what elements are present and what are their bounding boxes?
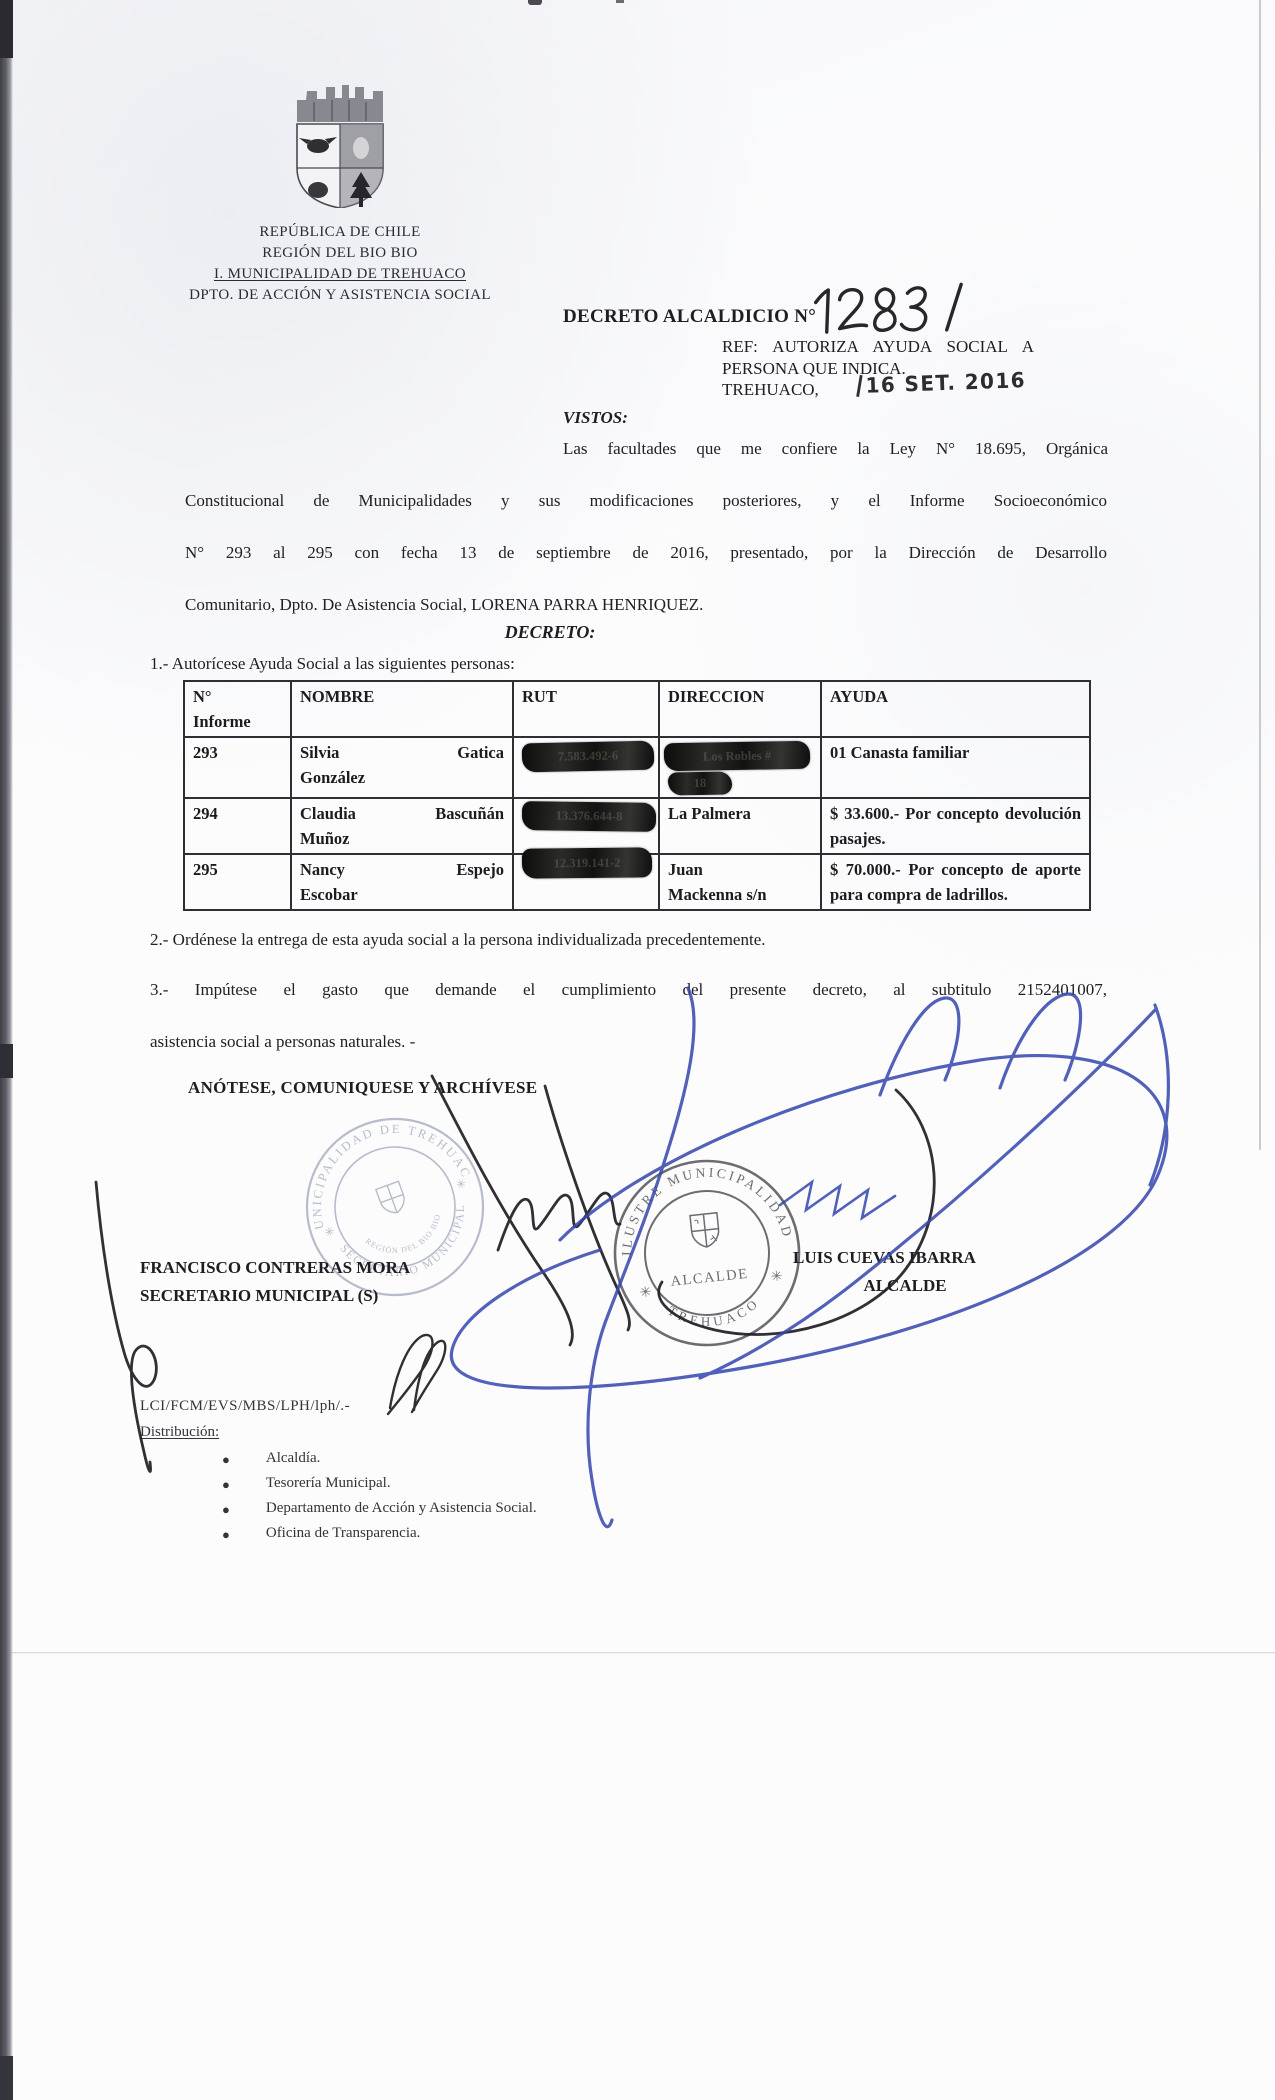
letterhead-region: REGIÓN DEL BIO BIO [160,243,520,264]
cell-ayuda: 01 Canasta familiar [821,737,1090,798]
place-label: TREHUACO, [722,380,819,400]
cell-informe: 293 [184,737,291,798]
rut-redaction-bar: 13.376.644-8 [522,801,656,832]
col-header-ayuda: AYUDA [821,681,1090,737]
distribution-item: ●Alcaldía. [222,1450,320,1470]
decreto-label: DECRETO: [420,622,680,643]
nombre-line1: Claudia Bascuñán [300,801,504,826]
cell-nombre: Claudia Bascuñán Muñoz [291,798,513,854]
vistos-line1: Las facultades que me confiere la Ley N°… [563,437,1108,461]
vistos-line2: Constitucional de Municipalidades y sus … [185,489,1107,513]
scan-edge-dark-bottom [0,2056,13,2100]
distribution-item-label: Oficina de Transparencia. [266,1525,421,1545]
mayor-signature-block: LUIS CUEVAS IBARRA ALCALDE [793,1244,1017,1300]
distribution-item: ●Departamento de Acción y Asistencia Soc… [222,1500,537,1520]
ayuda-text: 01 Canasta familiar [830,740,1081,765]
distribution-item-label: Departamento de Acción y Asistencia Soci… [266,1500,537,1520]
table-header-row: N° Informe NOMBRE RUT DIRECCION AYUDA [184,681,1090,737]
closing-line: ANÓTESE, COMUNIQUESE Y ARCHÍVESE [188,1078,537,1098]
coat-of-arms [292,84,388,208]
nombre-line2: Escobar [300,882,504,907]
cell-informe: 295 [184,854,291,910]
svg-text:ILUSTRE MUNICIPALIDAD: ILUSTRE MUNICIPALIDAD [610,1156,795,1258]
bullet-icon: ● [222,1450,230,1470]
vistos-label: VISTOS: [563,408,628,428]
direccion-line1: Juan [668,857,812,882]
decree-title: DECRETO ALCALDICIO N° [563,306,816,328]
cell-rut: 13.376.644-8 [513,798,659,854]
decreto-item1: 1.- Autorícese Ayuda Social a las siguie… [150,652,515,676]
scan-edge-dark-top [0,0,13,58]
cell-nombre: Silvia Gatica González [291,737,513,798]
mayor-title: ALCALDE [793,1272,1017,1300]
secretary-name: FRANCISCO CONTRERAS MORA [140,1254,410,1282]
cell-rut: 12.319.141-2 [513,854,659,910]
fold-line [0,1652,1275,1654]
direccion-redaction-bar1: Los Robles # [664,741,810,772]
secretary-stamp-star-right: ✳ [454,1176,468,1193]
table-row: 293 Silvia Gatica González 7.583.492-6 L… [184,737,1090,798]
distribution-item: ●Tesorería Municipal. [222,1475,391,1495]
scan-edge-right [1259,0,1261,1150]
ayuda-text: $ 70.000.- Por concepto de aporte para c… [830,857,1081,907]
cell-rut: 7.583.492-6 [513,737,659,798]
cell-ayuda: $ 70.000.- Por concepto de aporte para c… [821,854,1090,910]
nombre-line1: Silvia Gatica [300,740,504,765]
col-header-direccion: DIRECCION [659,681,821,737]
secretary-title: SECRETARIO MUNICIPAL (S) [140,1282,410,1310]
svg-text:MUNICIPALIDAD DE TREHUACO: MUNICIPALIDAD DE TREHUACO [300,1112,474,1240]
shield [297,124,383,208]
ayuda-social-table: N° Informe NOMBRE RUT DIRECCION AYUDA 29… [183,680,1091,911]
direccion-line2: Mackenna s/n [668,882,812,907]
mayor-stamp: ILUSTRE MUNICIPALIDAD TREHUACO ✳ ✳ ALCAL… [610,1156,805,1351]
decreto-item3-line2: asistencia social a personas naturales. … [150,1030,415,1054]
direccion-redacted-text2: 18 [694,771,707,795]
decreto-item2: 2.- Ordénese la entrega de esta ayuda so… [150,928,766,952]
cell-direccion: Juan Mackenna s/n [659,854,821,910]
vistos-line4: Comunitario, Dpto. De Asistencia Social,… [185,593,1107,617]
cell-direccion: La Palmera [659,798,821,854]
letterhead-municipality: I. MUNICIPALIDAD DE TREHUACO [160,264,520,285]
responsibility-initials: LCI/FCM/EVS/MBS/LPH/lph/.- [140,1398,350,1415]
direccion-redacted-text1: Los Robles # [703,743,772,769]
ayuda-text: $ 33.600.- Por concepto devolución pasaj… [830,801,1081,851]
scan-speck [616,0,624,3]
decreto-item3-line1: 3.- Impútese el gasto que demande el cum… [150,978,1107,1002]
bullet-icon: ● [222,1475,230,1495]
ref-line1: REF: AUTORIZA AYUDA SOCIAL A [722,336,1034,358]
stamp-tick [856,375,862,397]
letterhead-department: DPTO. DE ACCIÓN Y ASISTENCIA SOCIAL [160,285,520,306]
nombre-line1: Nancy Espejo [300,857,504,882]
distribution-item-label: Alcaldía. [266,1450,321,1470]
mural-crown [297,85,383,122]
rut-redacted-text: 7.583.492-6 [558,743,619,769]
bullet-icon: ● [222,1500,230,1520]
scanned-decree-page: REPÚBLICA DE CHILE REGIÓN DEL BIO BIO I.… [0,0,1275,2100]
nombre-line2: Muñoz [300,826,504,851]
secretary-stamp-ring-top: MUNICIPALIDAD DE TREHUACO [300,1112,474,1240]
distribution-label: Distribución: [140,1424,219,1441]
col-header-informe: N° Informe [184,681,291,737]
rut-redacted-text: 12.319.141-2 [554,850,621,876]
scan-edge-dark-mid [0,1044,13,1078]
mayor-stamp-ring-top: ILUSTRE MUNICIPALIDAD [610,1156,795,1258]
col-header-nombre: NOMBRE [291,681,513,737]
secretary-signature-block: FRANCISCO CONTRERAS MORA SECRETARIO MUNI… [140,1254,410,1310]
letterhead: REPÚBLICA DE CHILE REGIÓN DEL BIO BIO I.… [160,222,520,306]
mayor-name: LUIS CUEVAS IBARRA [793,1244,1017,1272]
svg-text:TREHUACO: TREHUACO [664,1293,765,1334]
rut-redacted-text: 13.376.644-8 [555,804,622,830]
vistos-line3: N° 293 al 295 con fecha 13 de septiembre… [185,541,1107,565]
col-header-rut: RUT [513,681,659,737]
bullet-icon: ● [222,1525,230,1545]
direccion-line1: La Palmera [668,801,812,826]
table-row: 295 Nancy Espejo Escobar 12.319.141-2 Ju… [184,854,1090,910]
cell-ayuda: $ 33.600.- Por concepto devolución pasaj… [821,798,1090,854]
mayor-stamp-center: ALCALDE [670,1266,749,1290]
mayor-stamp-star-left: ✳ [639,1285,652,1301]
rut-redaction-bar: 12.319.141-2 [522,847,652,878]
cell-informe: 294 [184,798,291,854]
distribution-item: ●Oficina de Transparencia. [222,1525,420,1545]
date-stamp-text: 16 SET. 2016 [865,368,1026,398]
direccion-redaction-bar2: 18 [668,771,732,795]
letterhead-country: REPÚBLICA DE CHILE [160,222,520,243]
decree-number-handwritten: 1283 / [805,279,967,341]
cell-nombre: Nancy Espejo Escobar [291,854,513,910]
table-row: 294 Claudia Bascuñán Muñoz 13.376.644-8 … [184,798,1090,854]
cell-direccion: Los Robles # 18 [659,737,821,798]
secretary-stamp-star-left: ✳ [322,1224,336,1241]
nombre-line2: González [300,765,504,790]
rut-redaction-bar: 7.583.492-6 [522,741,655,773]
date-stamp: 16 SET. 2016 [858,368,1027,398]
distribution-item-label: Tesorería Municipal. [266,1475,391,1495]
mayor-stamp-ring-bottom: TREHUACO [664,1293,765,1334]
scan-speck [528,0,542,5]
mayor-stamp-star-right: ✳ [770,1269,783,1285]
